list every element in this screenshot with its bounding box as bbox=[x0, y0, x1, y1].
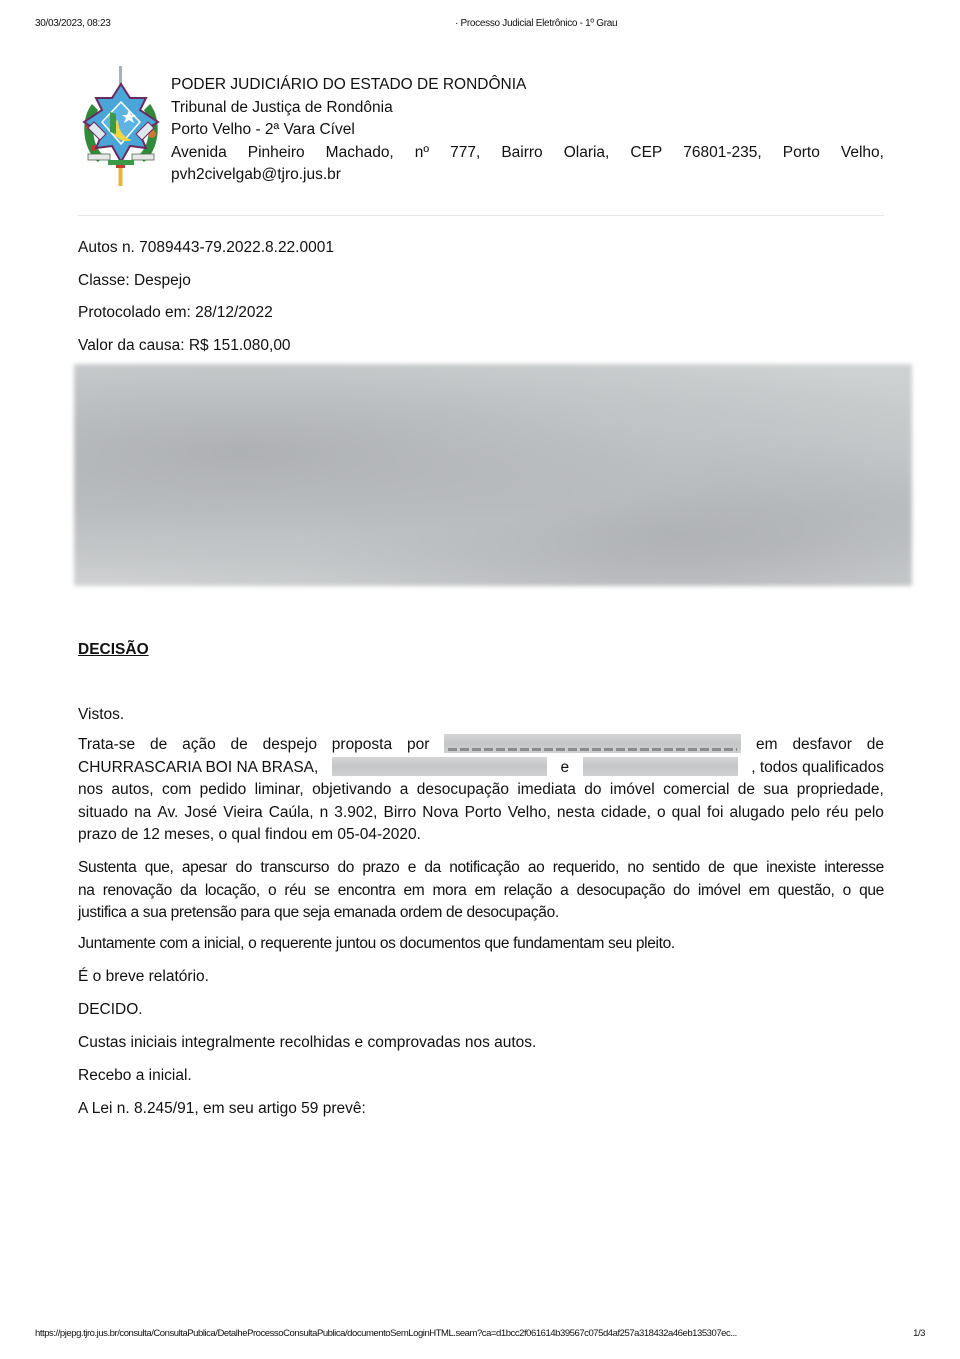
word: da bbox=[424, 857, 441, 880]
word: questão, bbox=[778, 880, 835, 903]
word: a bbox=[400, 779, 409, 802]
word: do bbox=[673, 880, 690, 903]
word: propriedade, bbox=[797, 779, 884, 802]
word: de bbox=[867, 734, 884, 757]
letterhead-court: Porto Velho - 2ª Vara Cível bbox=[171, 119, 884, 142]
word: e bbox=[408, 857, 416, 880]
word: despejo bbox=[263, 734, 317, 757]
case-filed-date: Protocolado em: 28/12/2022 bbox=[78, 303, 334, 336]
address-word: Porto bbox=[783, 142, 820, 165]
word: nos bbox=[78, 779, 103, 802]
print-header: 30/03/2023, 08:23 · Processo Judicial El… bbox=[35, 18, 925, 32]
address-word: Machado, bbox=[326, 142, 394, 165]
trata-line-5: prazo de 12 meses, o qual findou em 05-0… bbox=[78, 824, 884, 847]
paragraph-decido: DECIDO. bbox=[78, 999, 884, 1022]
print-footer: https://pjepg.tjro.jus.br/consulta/Consu… bbox=[35, 1328, 925, 1342]
letterhead-email: pvh2civelgab@tjro.jus.br bbox=[171, 164, 884, 187]
word: Trata-se bbox=[78, 734, 135, 757]
word: pedido bbox=[200, 779, 247, 802]
paragraph-recebo: Recebo a inicial. bbox=[78, 1065, 884, 1088]
paragraph-vistos: Vistos. bbox=[78, 704, 884, 727]
word: n bbox=[320, 802, 329, 825]
redacted-text-remnant bbox=[78, 586, 268, 596]
word: José bbox=[184, 802, 217, 825]
redacted-plaintiff-name bbox=[444, 734, 741, 753]
word: de bbox=[231, 734, 248, 757]
word: em bbox=[749, 880, 770, 903]
word: imóvel bbox=[698, 880, 741, 903]
address-word: nº bbox=[415, 142, 429, 165]
word: que bbox=[733, 857, 758, 880]
word: o bbox=[843, 880, 851, 903]
word: de bbox=[738, 779, 755, 802]
word: situado bbox=[78, 802, 128, 825]
word: o bbox=[268, 880, 276, 903]
word: réu bbox=[826, 802, 848, 825]
word: se bbox=[314, 880, 330, 903]
trata-line-2-end: , todos qualificados bbox=[751, 757, 884, 780]
word: pelo bbox=[791, 802, 820, 825]
paragraph-sustenta: Sustentaque,apesardotranscursodoprazoeda… bbox=[78, 857, 884, 925]
word: transcurso bbox=[260, 857, 329, 880]
word: mora bbox=[433, 880, 467, 903]
coat-of-arms-rondonia-icon bbox=[80, 64, 162, 188]
word: no bbox=[627, 857, 644, 880]
trata-line-2: CHURRASCARIA BOI NA BRASA, e , todos qua… bbox=[78, 757, 884, 780]
word: notificação bbox=[449, 857, 519, 880]
paragraph-breve-relatorio: É o breve relatório. bbox=[78, 966, 884, 989]
print-page-title: · Processo Judicial Eletrônico - 1º Grau bbox=[455, 18, 617, 29]
word: sentido bbox=[652, 857, 700, 880]
word: em bbox=[403, 880, 424, 903]
word: ao bbox=[528, 857, 545, 880]
word: em bbox=[756, 734, 778, 757]
word: o bbox=[657, 802, 666, 825]
address-word: Pinheiro bbox=[248, 142, 305, 165]
word: nesta bbox=[557, 802, 595, 825]
redacted-parties-block bbox=[74, 364, 912, 586]
word: Caúla, bbox=[269, 802, 314, 825]
word: proposta bbox=[332, 734, 392, 757]
address-word: Olaria, bbox=[564, 142, 610, 165]
letterhead-text: PODER JUDICIÁRIO DO ESTADO DE RONDÔNIA T… bbox=[171, 74, 884, 187]
sustenta-line-1: Sustentaque,apesardotranscursodoprazoeda… bbox=[78, 857, 884, 880]
redacted-name bbox=[332, 757, 547, 776]
word: Velho, bbox=[508, 802, 551, 825]
word: alugado bbox=[730, 802, 785, 825]
word: prazo bbox=[362, 857, 399, 880]
word: desocupação bbox=[577, 880, 665, 903]
letterhead-tribunal: Tribunal de Justiça de Rondônia bbox=[171, 97, 884, 120]
word: comercial bbox=[663, 779, 729, 802]
word: relação bbox=[504, 880, 552, 903]
letterhead-institution: PODER JUDICIÁRIO DO ESTADO DE RONDÔNIA bbox=[171, 74, 884, 97]
word: 3.902, bbox=[334, 802, 377, 825]
case-metadata: Autos n. 7089443-79.2022.8.22.0001 Class… bbox=[78, 238, 334, 368]
word: do bbox=[584, 779, 601, 802]
word: renovação bbox=[103, 880, 172, 903]
defendant-name: CHURRASCARIA BOI NA BRASA, bbox=[78, 757, 318, 780]
word: réu bbox=[284, 880, 305, 903]
word: Birro bbox=[383, 802, 416, 825]
print-date-time: 30/03/2023, 08:23 bbox=[35, 18, 111, 29]
word: encontra bbox=[338, 880, 396, 903]
document-url-link[interactable]: https://pjepg.tjro.jus.br/consulta/Consu… bbox=[35, 1328, 737, 1339]
word: foi bbox=[707, 802, 723, 825]
word: autos, bbox=[111, 779, 153, 802]
address-word: Velho, bbox=[841, 142, 884, 165]
address-word: Bairro bbox=[501, 142, 542, 165]
word: Porto bbox=[465, 802, 502, 825]
word: de bbox=[708, 857, 725, 880]
word: Sustenta bbox=[78, 857, 136, 880]
word: do bbox=[235, 857, 252, 880]
paragraph-custas: Custas iniciais integralmente recolhidas… bbox=[78, 1032, 884, 1055]
word: Av. bbox=[157, 802, 178, 825]
word: na bbox=[134, 802, 151, 825]
paragraph-lei: A Lei n. 8.245/91, em seu artigo 59 prev… bbox=[78, 1098, 884, 1121]
word: que bbox=[859, 880, 884, 903]
word: a bbox=[560, 880, 568, 903]
trata-line-4: situadonaAv.JoséVieiraCaúla,n3.902,Birro… bbox=[78, 802, 884, 825]
word: Nova bbox=[422, 802, 458, 825]
word: que, bbox=[145, 857, 174, 880]
word: pelo bbox=[855, 802, 884, 825]
word: Vieira bbox=[223, 802, 262, 825]
address-word: Avenida bbox=[171, 142, 227, 165]
word: de bbox=[150, 734, 167, 757]
word: do bbox=[338, 857, 355, 880]
word: na bbox=[78, 880, 95, 903]
case-class: Classe: Despejo bbox=[78, 271, 334, 304]
letterhead-divider bbox=[78, 215, 884, 216]
word: cidade, bbox=[601, 802, 651, 825]
word: por bbox=[407, 734, 429, 757]
page-indicator: 1/3 bbox=[913, 1328, 925, 1339]
conjunction: e bbox=[560, 757, 569, 780]
word: imóvel bbox=[610, 779, 655, 802]
word: desfavor bbox=[792, 734, 851, 757]
word: apesar bbox=[182, 857, 227, 880]
trata-line-3: nosautos,compedidoliminar,objetivandoade… bbox=[78, 779, 884, 802]
word: liminar, bbox=[255, 779, 304, 802]
word: em bbox=[475, 880, 496, 903]
trata-line-1: Trata-sedeaçãodedespejopropostaporemdesf… bbox=[78, 734, 884, 757]
address-word: 76801-235, bbox=[683, 142, 761, 165]
letterhead: PODER JUDICIÁRIO DO ESTADO DE RONDÔNIA T… bbox=[78, 64, 884, 190]
word: qual bbox=[672, 802, 701, 825]
word: requerido, bbox=[553, 857, 619, 880]
word: ação bbox=[182, 734, 216, 757]
address-word: CEP bbox=[630, 142, 662, 165]
redacted-name bbox=[583, 757, 738, 776]
word: objetivando bbox=[312, 779, 391, 802]
address-word: 777, bbox=[450, 142, 480, 165]
paragraph-trata-se: Trata-sedeaçãodedespejopropostaporemdesf… bbox=[78, 734, 884, 847]
sustenta-line-2: narenovaçãodalocação,oréuseencontraemmor… bbox=[78, 880, 884, 903]
sustenta-line-3: justifica a sua pretensão para que seja … bbox=[78, 902, 884, 925]
decision-heading: DECISÃO bbox=[78, 641, 149, 659]
paragraph-juntamente: Juntamente com a inicial, o requerente j… bbox=[78, 933, 884, 956]
word: imediata bbox=[517, 779, 576, 802]
word: desocupação bbox=[417, 779, 509, 802]
word: com bbox=[162, 779, 191, 802]
word: locação, bbox=[205, 880, 260, 903]
letterhead-address: AvenidaPinheiroMachado,nº777,BairroOlari… bbox=[171, 142, 884, 165]
word: interesse bbox=[824, 857, 884, 880]
word: sua bbox=[763, 779, 788, 802]
word: da bbox=[180, 880, 197, 903]
word: inexiste bbox=[766, 857, 816, 880]
case-number: Autos n. 7089443-79.2022.8.22.0001 bbox=[78, 238, 334, 271]
